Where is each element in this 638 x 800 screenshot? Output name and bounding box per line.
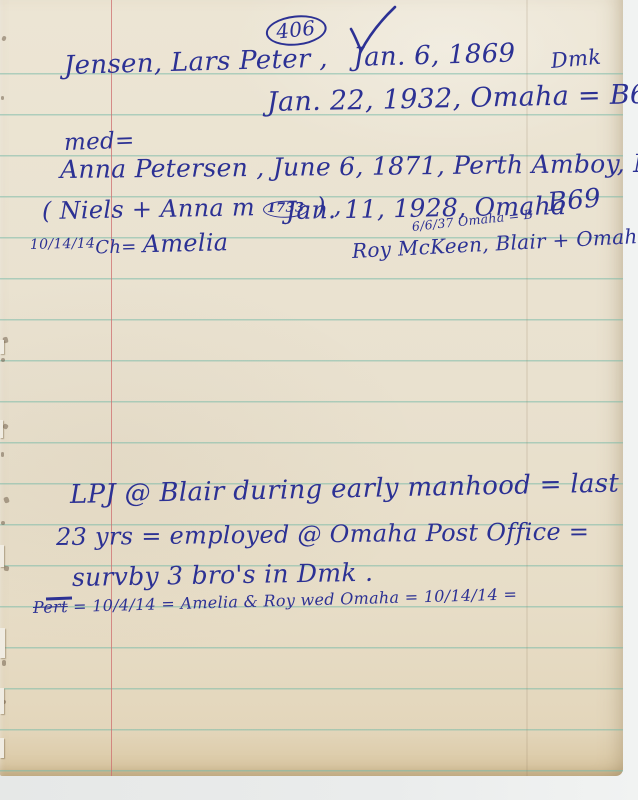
paper-crease <box>526 0 528 776</box>
spouse-code: B69 <box>547 184 602 217</box>
paper-tear-mark <box>2 660 6 666</box>
page-number: 406 <box>264 12 328 48</box>
struck-word: Pert <box>33 597 68 617</box>
paper-tear-mark <box>1 35 6 41</box>
red-margin-line <box>111 0 112 776</box>
child-line: 10/14/14Ch= Amelia <box>30 229 229 260</box>
married-label: med= <box>64 129 135 157</box>
parents-prefix: ( Niels + Anna m <box>42 193 263 225</box>
child-name: Amelia <box>142 228 228 258</box>
paper-tear-mark <box>1 521 5 525</box>
paper-edge-notch <box>0 688 4 714</box>
paper-tear-mark <box>1 96 4 100</box>
child-date: 10/14/14 <box>30 235 96 253</box>
note-line-2: 23 yrs = employed @ Omaha Post Office = <box>56 518 590 550</box>
paper-tear-mark <box>1 452 4 457</box>
child-label: Ch= <box>95 236 143 258</box>
paper-edge-notch <box>0 628 5 658</box>
paper-edge-notch <box>0 738 4 758</box>
paper-tear-mark <box>1 358 5 362</box>
note-line-3: survby 3 bro's in Dmk . <box>72 559 374 592</box>
paper-edge-notch <box>0 340 4 354</box>
spouse-line: Anna Petersen , June 6, 1871, Perth Ambo… <box>60 150 638 184</box>
paper-edge-notch <box>0 420 3 438</box>
paper-edge-notch <box>0 545 4 567</box>
country-tag: Dmk <box>550 46 602 73</box>
notebook-page: 406 Jensen, Lars Peter , Jan. 6, 1869 Dm… <box>0 0 623 776</box>
